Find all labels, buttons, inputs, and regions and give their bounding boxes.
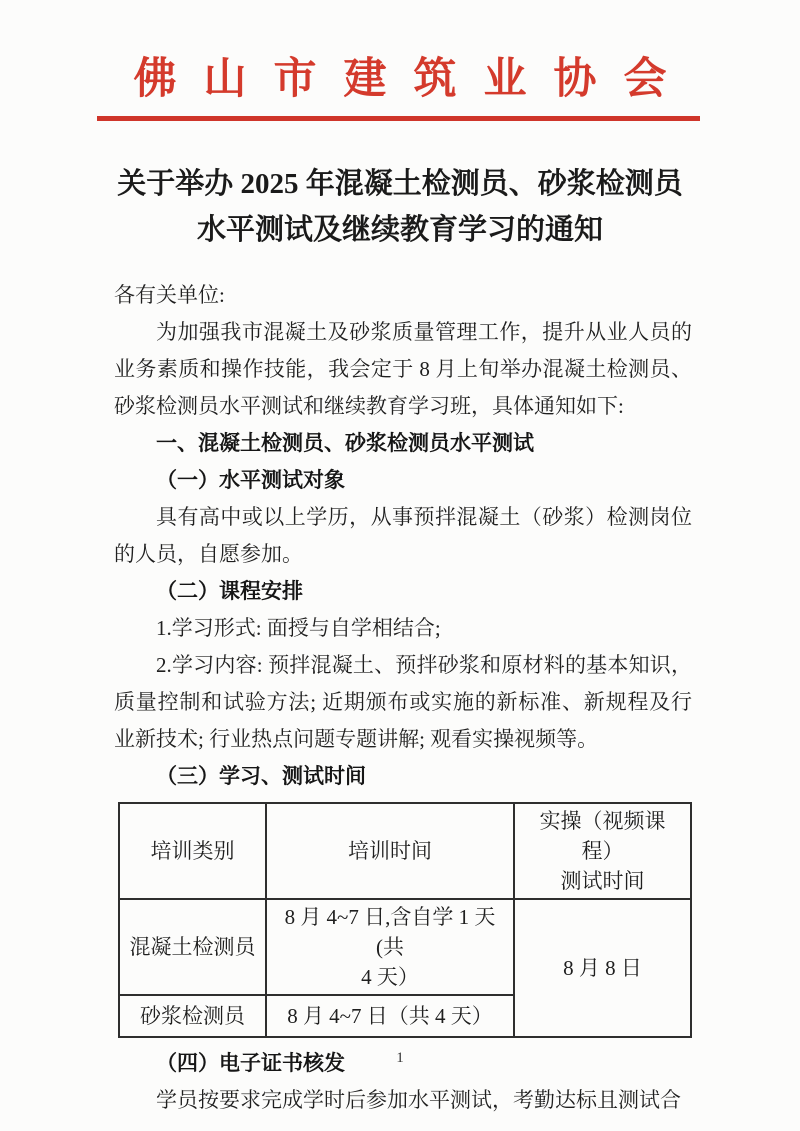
cell-time-concrete: 8 月 4~7 日,含自学 1 天(共 4 天） xyxy=(266,899,514,995)
cell-category-mortar: 砂浆检测员 xyxy=(119,995,266,1037)
cell-category-concrete: 混凝土检测员 xyxy=(119,899,266,995)
subsection-1-4-body: 学员按要求完成学时后参加水平测试，考勤达标且测试合 xyxy=(114,1082,692,1119)
document-title-line-1: 关于举办 2025 年混凝土检测员、砂浆检测员 xyxy=(0,161,800,207)
intro-paragraph: 为加强我市混凝土及砂浆质量管理工作，提升从业人员的业务素质和操作技能，我会定于 … xyxy=(114,314,692,425)
subsection-1-2-heading: （二）课程安排 xyxy=(114,573,692,610)
scanned-notice-page: 佛山市建筑业协会 关于举办 2025 年混凝土检测员、砂浆检测员 水平测试及继续… xyxy=(0,0,800,1131)
schedule-table-header-practical-test-time: 实操（视频课程） 测试时间 xyxy=(514,803,691,899)
org-name: 佛山市建筑业协会 xyxy=(134,56,694,104)
cell-time-mortar: 8 月 4~7 日（共 4 天） xyxy=(266,995,514,1037)
salutation: 各有关单位: xyxy=(114,277,692,314)
schedule-table-header-row: 培训类别 培训时间 实操（视频课程） 测试时间 xyxy=(119,803,691,899)
subsection-1-1-body: 具有高中或以上学历，从事预拌混凝土（砂浆）检测岗位的人员，自愿参加。 xyxy=(114,499,692,573)
schedule-table: 培训类别 培训时间 实操（视频课程） 测试时间 混凝土检测员 8 月 4~7 日… xyxy=(118,802,692,1038)
subsection-1-2-item-2: 2.学习内容: 预拌混凝土、预拌砂浆和原材料的基本知识，质量控制和试验方法; 近… xyxy=(114,647,692,758)
section-1-heading: 一、混凝土检测员、砂浆检测员水平测试 xyxy=(114,425,692,462)
document-title: 关于举办 2025 年混凝土检测员、砂浆检测员 水平测试及继续教育学习的通知 xyxy=(0,161,800,253)
page-number: 1 xyxy=(0,1050,800,1067)
document-title-line-2: 水平测试及继续教育学习的通知 xyxy=(0,207,800,253)
subsection-1-3-heading: （三）学习、测试时间 xyxy=(114,758,692,795)
document-body: 各有关单位: 为加强我市混凝土及砂浆质量管理工作，提升从业人员的业务素质和操作技… xyxy=(114,277,692,1119)
schedule-table-header-category: 培训类别 xyxy=(119,803,266,899)
table-row: 混凝土检测员 8 月 4~7 日,含自学 1 天(共 4 天） 8 月 8 日 xyxy=(119,899,691,995)
cell-practical-test-date: 8 月 8 日 xyxy=(514,899,691,1037)
letterhead-divider xyxy=(97,116,700,121)
letterhead: 佛山市建筑业协会 xyxy=(0,0,800,121)
subsection-1-2-item-1: 1.学习形式: 面授与自学相结合; xyxy=(114,610,692,647)
subsection-1-1-heading: （一）水平测试对象 xyxy=(114,462,692,499)
schedule-table-header-time: 培训时间 xyxy=(266,803,514,899)
